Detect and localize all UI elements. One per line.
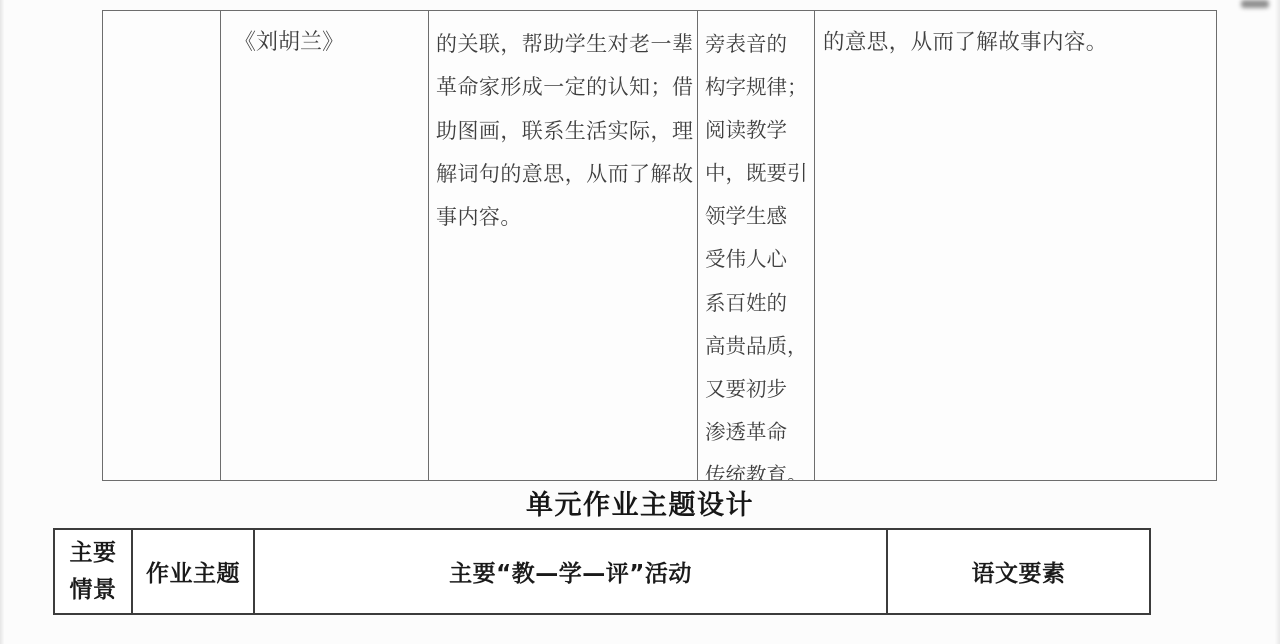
reading-guidance-text: 旁表音的构字规律；阅读教学中，既要引领学生感受伟人心系百姓的高贵品质，又要初步渗… [705, 23, 814, 480]
header-assignment-theme-label: 作业主题 [146, 555, 240, 588]
meaning-note-text: 的意思，从而了解故事内容。 [823, 25, 1216, 56]
assignment-design-header-table: 主要情景 作业主题 主要“教—学—评”活动 语文要素 [53, 528, 1151, 615]
header-cell-main-scenario: 主要情景 [55, 530, 133, 613]
photo-corner-smudge [1241, 0, 1269, 8]
unit-text-analysis-table: 《刘胡兰》 的关联，帮助学生对老一辈革命家形成一定的认知；借助图画，联系生活实际… [102, 10, 1217, 481]
teaching-goal-text: 的关联，帮助学生对老一辈革命家形成一定的认知；借助图画，联系生活实际，理解词句的… [436, 23, 697, 239]
header-cell-teach-learn-evaluate-activities: 主要“教—学—评”活动 [255, 530, 888, 613]
photo-right-edge-artifact [1275, 0, 1280, 644]
header-main-scenario-label: 主要情景 [69, 535, 117, 609]
document-page: 《刘胡兰》 的关联，帮助学生对老一辈革命家形成一定的认知；借助图画，联系生活实际… [0, 0, 1280, 644]
photo-left-edge-artifact [0, 0, 4, 644]
table-cell-lesson-title: 《刘胡兰》 [221, 11, 429, 480]
header-language-elements-label: 语文要素 [972, 555, 1066, 588]
section-title: 单元作业主题设计 [0, 483, 1280, 522]
lesson-title-text: 《刘胡兰》 [234, 25, 428, 56]
table-cell-meaning-note: 的意思，从而了解故事内容。 [815, 11, 1216, 480]
header-cell-assignment-theme: 作业主题 [133, 530, 255, 613]
header-activities-label: 主要“教—学—评”活动 [449, 555, 692, 588]
table-cell-empty [103, 11, 221, 480]
header-cell-chinese-language-elements: 语文要素 [888, 530, 1149, 613]
table-cell-reading-guidance: 旁表音的构字规律；阅读教学中，既要引领学生感受伟人心系百姓的高贵品质，又要初步渗… [698, 11, 815, 480]
table-cell-teaching-goal: 的关联，帮助学生对老一辈革命家形成一定的认知；借助图画，联系生活实际，理解词句的… [429, 11, 698, 480]
